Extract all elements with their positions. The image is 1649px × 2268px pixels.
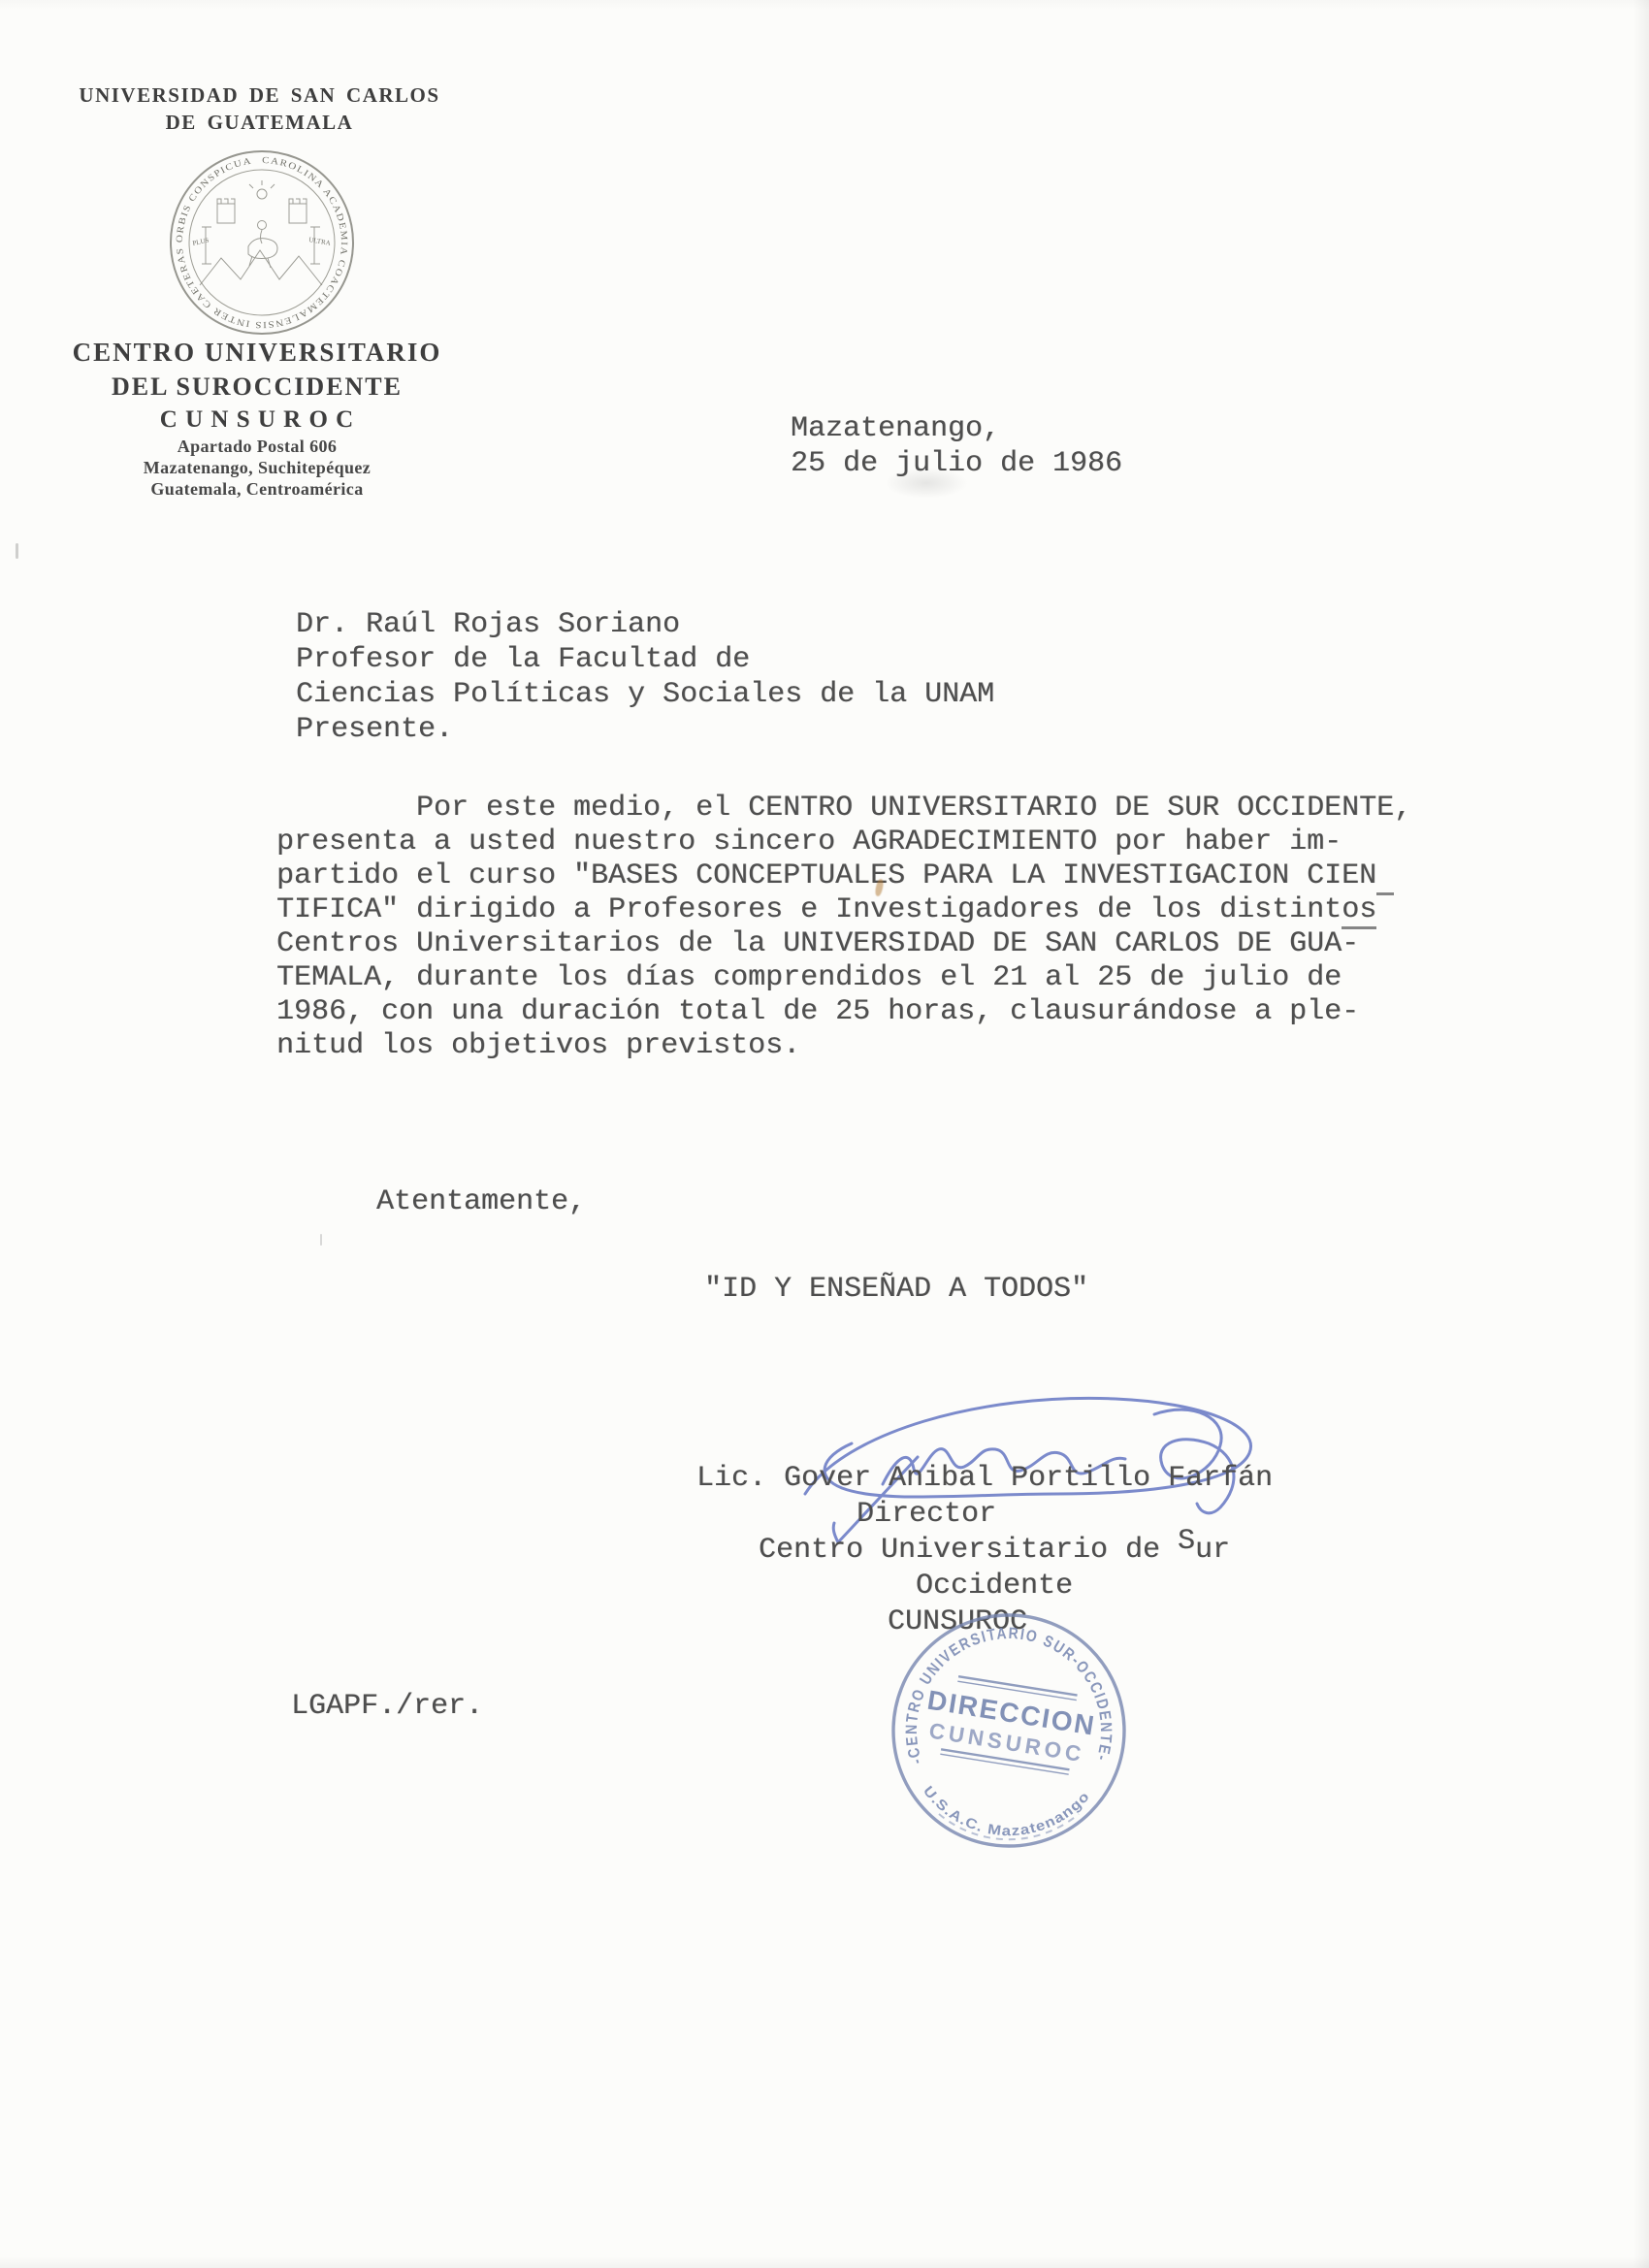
- scan-artifact-edge-mark: [16, 543, 18, 559]
- body-line-text: TEMALA, durante los días comprendidos el…: [276, 961, 1342, 994]
- signer-title: Director: [626, 1497, 1227, 1533]
- letter-body: Por este medio, el CENTRO UNIVERSITARIO …: [276, 792, 1411, 1063]
- seal-engraving: [200, 180, 322, 285]
- letterhead-university-name: UNIVERSIDAD DE SAN CARLOS DE GUATEMALA: [68, 81, 451, 136]
- recipient-line: Profesor de la Facultad de: [296, 642, 994, 677]
- body-line-underline: [1376, 859, 1394, 895]
- institution-superscript: S: [1178, 1524, 1195, 1560]
- body-line-underline: os: [1342, 893, 1376, 929]
- university-name-line2: DE GUATEMALA: [68, 109, 451, 136]
- university-name-line1: UNIVERSIDAD DE SAN CARLOS: [68, 81, 451, 109]
- scan-artifact-margin-mark: [320, 1234, 322, 1246]
- seal-banner-ultra: ULTRA: [308, 236, 332, 247]
- university-seal: CAROLINA ACADEMIA COACTEMALENSIS INTER C…: [167, 147, 357, 338]
- body-line-text: TIFICA" dirigido a Profesores e Investig…: [276, 893, 1342, 926]
- letterhead-center-name: CENTRO UNIVERSITARIO DEL SUROCCIDENTE C …: [53, 338, 461, 434]
- institutional-motto: "ID Y ENSEÑAD A TODOS": [704, 1273, 1088, 1306]
- body-line: Centros Universitarios de la UNIVERSIDAD…: [276, 927, 1411, 961]
- body-line-text: partido el curso "BASES CONCEPTUALES PAR…: [276, 859, 1376, 892]
- salutation: Atentamente,: [376, 1185, 586, 1218]
- body-line-text: presenta a usted nuestro sincero AGRADEC…: [276, 826, 1342, 859]
- body-line-text: Centros Universitarios de la UNIVERSIDAD…: [276, 927, 1359, 960]
- institution-text: Centro Universitario de: [759, 1534, 1178, 1567]
- body-line: 1986, con una duración total de 25 horas…: [276, 995, 1411, 1029]
- body-line: TEMALA, durante los días comprendidos el…: [276, 961, 1411, 995]
- center-acronym: C U N S U R O C: [53, 406, 461, 434]
- director-round-stamp: -CENTRO UNIVERSITARIO SUR-OCCIDENTE- U.S…: [871, 1593, 1147, 1868]
- body-line: Por este medio, el CENTRO UNIVERSITARIO …: [276, 792, 1411, 826]
- body-line: presenta a usted nuestro sincero AGRADEC…: [276, 826, 1411, 859]
- reference-initials: LGAPF./rer.: [291, 1690, 483, 1723]
- body-line: partido el curso "BASES CONCEPTUALES PAR…: [276, 859, 1411, 893]
- address-line: Guatemala, Centroamérica: [53, 478, 461, 500]
- body-line: nitud los objetivos previstos.: [276, 1029, 1411, 1063]
- center-name-line1: CENTRO UNIVERSITARIO: [53, 338, 461, 368]
- letterhead-address: Apartado Postal 606 Mazatenango, Suchite…: [53, 436, 461, 500]
- seal-banner-plus: PLUS: [192, 237, 210, 247]
- scanned-letter-page: UNIVERSIDAD DE SAN CARLOS DE GUATEMALA C…: [0, 0, 1649, 2268]
- recipient-line: Ciencias Políticas y Sociales de la UNAM: [296, 677, 994, 712]
- body-line: TIFICA" dirigido a Profesores e Investig…: [276, 893, 1411, 927]
- signer-name: Lic. Gover Anibal Portillo Farfán: [684, 1461, 1285, 1497]
- recipient-line: Dr. Raúl Rojas Soriano: [296, 607, 994, 642]
- address-line: Apartado Postal 606: [53, 436, 461, 457]
- dateline-city: Mazatenango,: [791, 411, 1122, 446]
- center-name-line2: DEL SUROCCIDENTE: [53, 373, 461, 402]
- body-line-text: 1986, con una duración total de 25 horas…: [276, 995, 1359, 1028]
- address-line: Mazatenango, Suchitepéquez: [53, 457, 461, 478]
- recipient-block: Dr. Raúl Rojas Soriano Profesor de la Fa…: [296, 607, 994, 747]
- body-line-text: Por este medio, el CENTRO UNIVERSITARIO …: [276, 792, 1411, 825]
- recipient-line: Presente.: [296, 712, 994, 747]
- body-line-text: nitud los objetivos previstos.: [276, 1029, 800, 1062]
- scan-artifact-pencil-smudge: [885, 468, 968, 499]
